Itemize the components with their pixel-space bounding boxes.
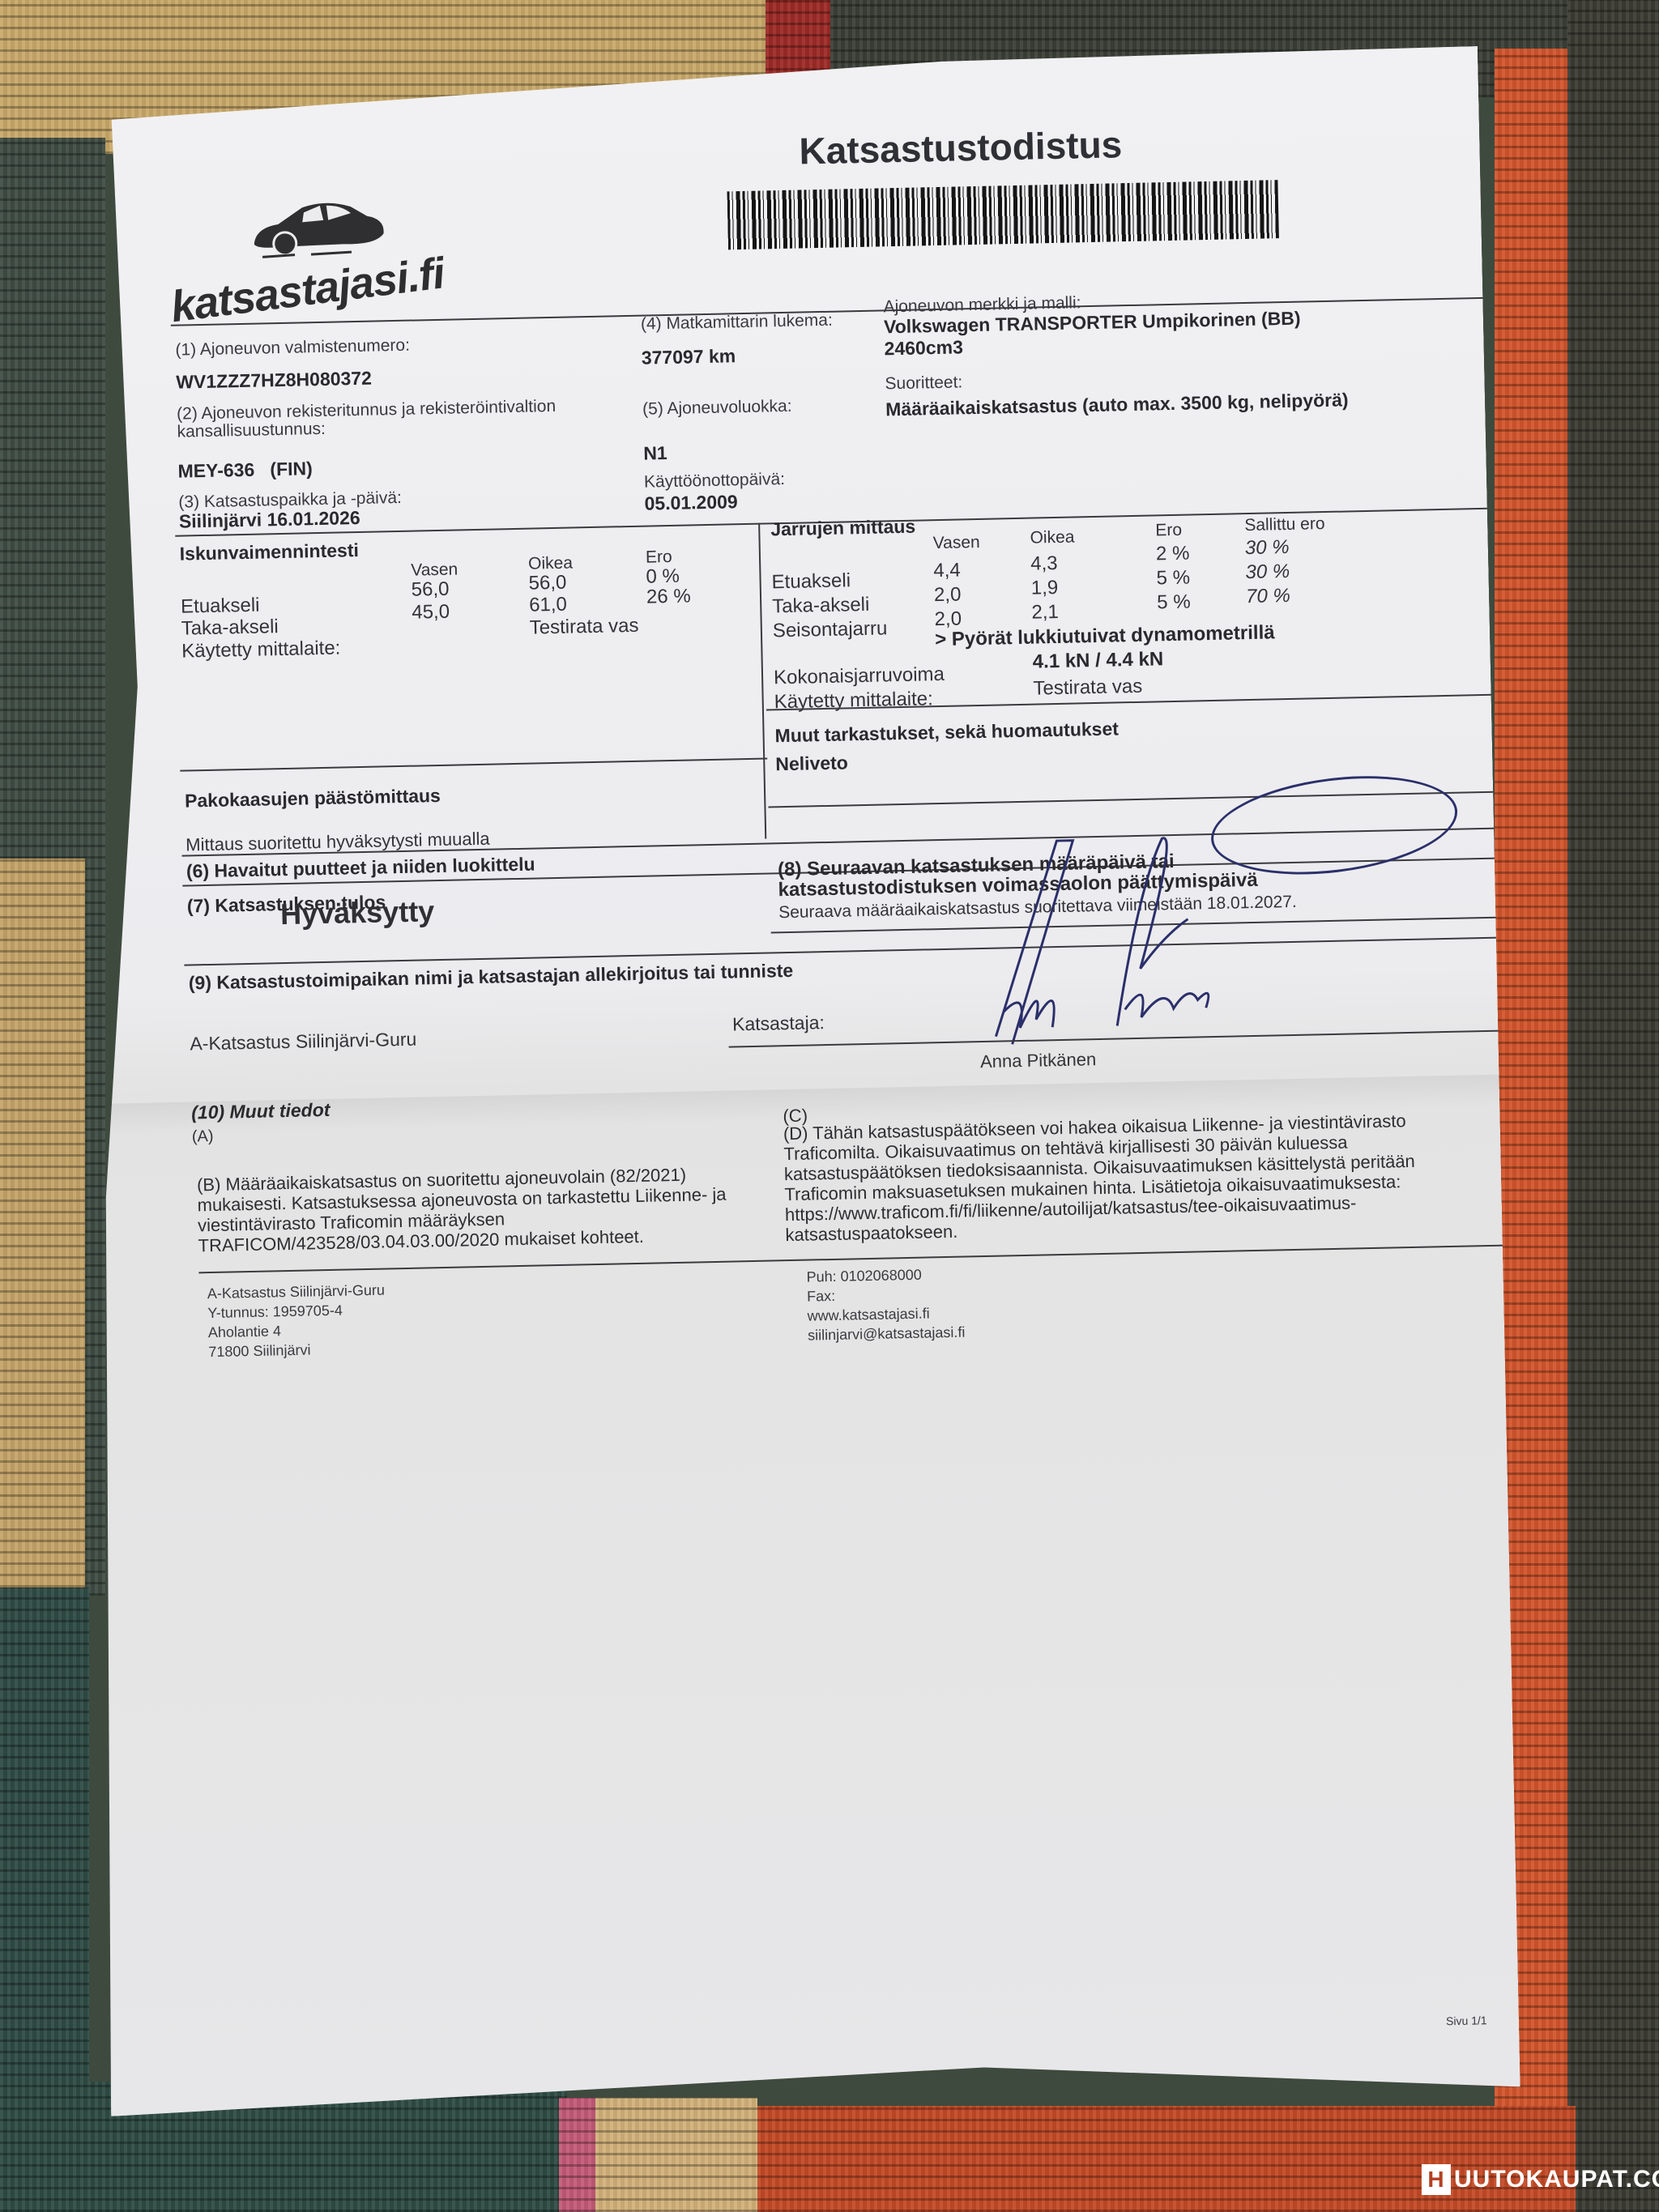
brake-row-label: Seisontajarru bbox=[773, 617, 888, 642]
footer-email: siilinjarvi@katsastajasi.fi bbox=[808, 1323, 966, 1345]
reg-label: (2) Ajoneuvon rekisteritunnus ja rekiste… bbox=[177, 397, 599, 441]
brake-total-label: Kokonaisjarruvoima bbox=[774, 663, 945, 689]
brake-row-allowed: 70 % bbox=[1246, 585, 1290, 608]
document-title: Katsastustodistus bbox=[799, 122, 1123, 173]
brake-row-allowed: 30 % bbox=[1245, 536, 1290, 560]
brake-row-diff: 2 % bbox=[1156, 543, 1190, 566]
first-use-label: Käyttöönottopäivä: bbox=[644, 470, 785, 492]
inspection-certificate: katsastajasi.fi Katsastustodistus (1) Aj… bbox=[68, 46, 1520, 2116]
barcode bbox=[727, 180, 1279, 249]
brake-device-value: Testirata vas bbox=[1033, 676, 1142, 701]
brake-row-right: 1,9 bbox=[1031, 577, 1059, 600]
brake-header-left: Vasen bbox=[932, 533, 979, 553]
footer-address: A-Katsastus Siilinjärvi-Guru Y-tunnus: 1… bbox=[207, 1281, 386, 1362]
first-use-value: 05.01.2009 bbox=[644, 491, 738, 514]
shock-row-left: 56,0 bbox=[411, 578, 449, 602]
rug-band bbox=[1567, 0, 1659, 2212]
divider bbox=[180, 758, 767, 772]
engine-value: 2460cm3 bbox=[884, 336, 963, 360]
result-value: Hyväksytty bbox=[280, 894, 435, 931]
other-info-a: (A) bbox=[192, 1127, 214, 1147]
performed-label: Suoritteet: bbox=[885, 373, 962, 394]
shock-header-diff: Ero bbox=[646, 548, 672, 568]
footer-city: 71800 Siilinjärvi bbox=[208, 1339, 386, 1362]
shock-device-value: Testirata vas bbox=[529, 615, 638, 640]
performed-value: Määräaikaiskatsastus (auto max. 3500 kg,… bbox=[885, 388, 1404, 420]
watermark-text: UUTOKAUPAT.COM bbox=[1454, 2166, 1659, 2193]
shock-row-right: 56,0 bbox=[528, 572, 566, 595]
watermark-logo-icon: H bbox=[1422, 2164, 1451, 2195]
brake-header-allowed: Sallittu ero bbox=[1244, 514, 1325, 535]
emissions-title: Pakokaasujen päästömittaus bbox=[185, 785, 441, 812]
brake-total-value: 4.1 kN / 4.4 kN bbox=[1032, 648, 1163, 673]
shock-row-right: 61,0 bbox=[529, 594, 567, 617]
rug-band bbox=[0, 859, 85, 1588]
shock-row-left: 45,0 bbox=[412, 601, 450, 624]
logo: katsastajasi.fi bbox=[168, 185, 462, 329]
divider bbox=[758, 523, 766, 839]
shock-header-left: Vasen bbox=[411, 560, 458, 580]
signature-icon bbox=[975, 820, 1288, 1061]
brake-note: > Pyörät lukkiutuivat dynamometrillä bbox=[935, 621, 1275, 651]
place-value: Siilinjärvi 16.01.2026 bbox=[179, 507, 360, 533]
other-info-b: (B) Määräaikaiskatsastus on suoritettu a… bbox=[197, 1162, 774, 1255]
rug-band bbox=[757, 2106, 1576, 2212]
shock-device-label: Käytetty mittalaite: bbox=[181, 637, 341, 663]
other-info-title: (10) Muut tiedot bbox=[191, 1099, 331, 1124]
brake-header-diff: Ero bbox=[1155, 521, 1182, 541]
footer-company: A-Katsastus Siilinjärvi-Guru bbox=[207, 1281, 386, 1304]
shock-row-label: Etuakseli bbox=[181, 595, 260, 619]
brake-test-title: Jarrujen mittaus bbox=[770, 516, 915, 541]
class-value: N1 bbox=[643, 442, 667, 465]
brake-row-label: Taka-akseli bbox=[772, 594, 870, 619]
rug-band bbox=[595, 2098, 757, 2212]
divider bbox=[184, 936, 1512, 965]
vin-value: WV1ZZZ7HZ8H080372 bbox=[176, 368, 372, 394]
inspector-name: Anna Pitkänen bbox=[980, 1049, 1097, 1072]
station-name: A-Katsastus Siilinjärvi-Guru bbox=[190, 1029, 416, 1055]
footer-contact: Puh: 0102068000 Fax: www.katsastajasi.fi… bbox=[806, 1264, 965, 1345]
shock-row-label: Taka-akseli bbox=[181, 616, 279, 641]
signature-title: (9) Katsastustoimipaikan nimi ja katsast… bbox=[189, 960, 794, 995]
shock-row-diff: 26 % bbox=[646, 585, 691, 608]
shock-test-title: Iskunvaimennintesti bbox=[179, 539, 359, 565]
other-checks-text: Neliveto bbox=[775, 752, 848, 775]
brake-row-diff: 5 % bbox=[1156, 567, 1190, 590]
rug-band bbox=[559, 2098, 595, 2212]
brake-row-left: 2,0 bbox=[934, 583, 962, 607]
odometer-label: (4) Matkamittarin lukema: bbox=[641, 311, 833, 335]
watermark: H UUTOKAUPAT.COM bbox=[1422, 2164, 1659, 2195]
brake-row-right: 2,1 bbox=[1031, 601, 1059, 624]
brake-row-diff: 5 % bbox=[1157, 591, 1191, 615]
inspector-label: Katsastaja: bbox=[732, 1012, 825, 1035]
class-label: (5) Ajoneuvoluokka: bbox=[642, 397, 792, 420]
other-checks-title: Muut tarkastukset, sekä huomautukset bbox=[774, 718, 1119, 747]
vin-label: (1) Ajoneuvon valmistenumero: bbox=[175, 336, 410, 360]
other-info-d: (D) Tähän katsastuspäätökseen voi hakea … bbox=[783, 1110, 1434, 1245]
odometer-value: 377097 km bbox=[642, 345, 736, 369]
brake-row-left: 4,4 bbox=[933, 559, 961, 582]
brake-row-right: 4,3 bbox=[1030, 552, 1058, 576]
car-icon bbox=[245, 194, 393, 262]
page-indicator: Sivu 1/1 bbox=[1446, 2010, 1487, 2031]
brake-row-label: Etuakseli bbox=[771, 569, 851, 594]
brake-row-allowed: 30 % bbox=[1245, 560, 1290, 584]
brake-header-right: Oikea bbox=[1030, 528, 1074, 548]
reg-value: MEY-636 (FIN) bbox=[177, 458, 313, 482]
